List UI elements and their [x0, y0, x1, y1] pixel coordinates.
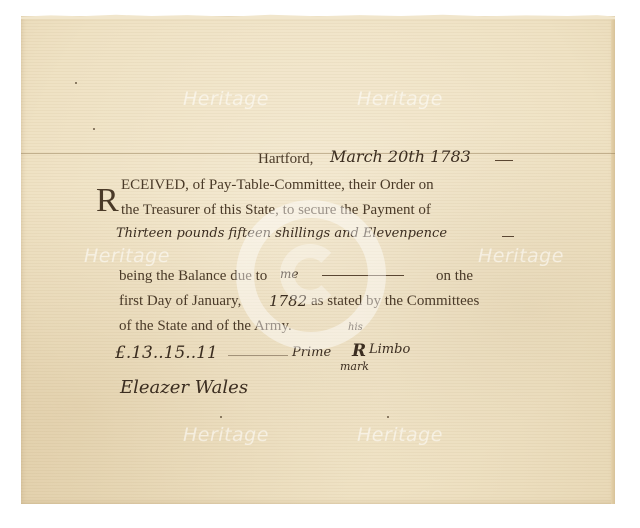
heritage-watermark: Heritage — [478, 245, 564, 267]
body-line-4-end: on the — [436, 268, 473, 285]
paper-speck — [93, 128, 95, 130]
paper-right-edge — [611, 20, 615, 504]
amount-figures-handwritten: £.13..15..11 — [115, 343, 218, 363]
date-handwritten: March 20th 1783 — [330, 147, 471, 166]
body-line-5-start: first Day of January, — [119, 293, 241, 310]
heritage-watermark: Heritage — [357, 424, 443, 446]
amount-figures-dash — [228, 355, 288, 356]
copyright-c-watermark — [280, 244, 340, 304]
paper-speck — [220, 416, 222, 418]
place-printed: Hartford, — [258, 151, 313, 168]
amount-dash — [502, 236, 514, 237]
paper-speck — [387, 416, 389, 418]
heritage-watermark: Heritage — [183, 88, 269, 110]
signature-mark-label: mark — [340, 360, 369, 373]
heritage-watermark: Heritage — [84, 245, 170, 267]
signature-surname: Limbo — [369, 342, 410, 357]
fold-line — [21, 153, 615, 154]
signature-mark-r: R — [352, 341, 366, 361]
heritage-watermark: Heritage — [183, 424, 269, 446]
body-line-1: ECEIVED, of Pay-Table-Committee, their O… — [121, 177, 434, 194]
heritage-watermark: Heritage — [357, 88, 443, 110]
witness-signature: Eleazer Wales — [120, 377, 248, 398]
date-dash — [495, 160, 513, 161]
paper-speck — [75, 82, 77, 84]
drop-cap: R — [96, 182, 119, 220]
